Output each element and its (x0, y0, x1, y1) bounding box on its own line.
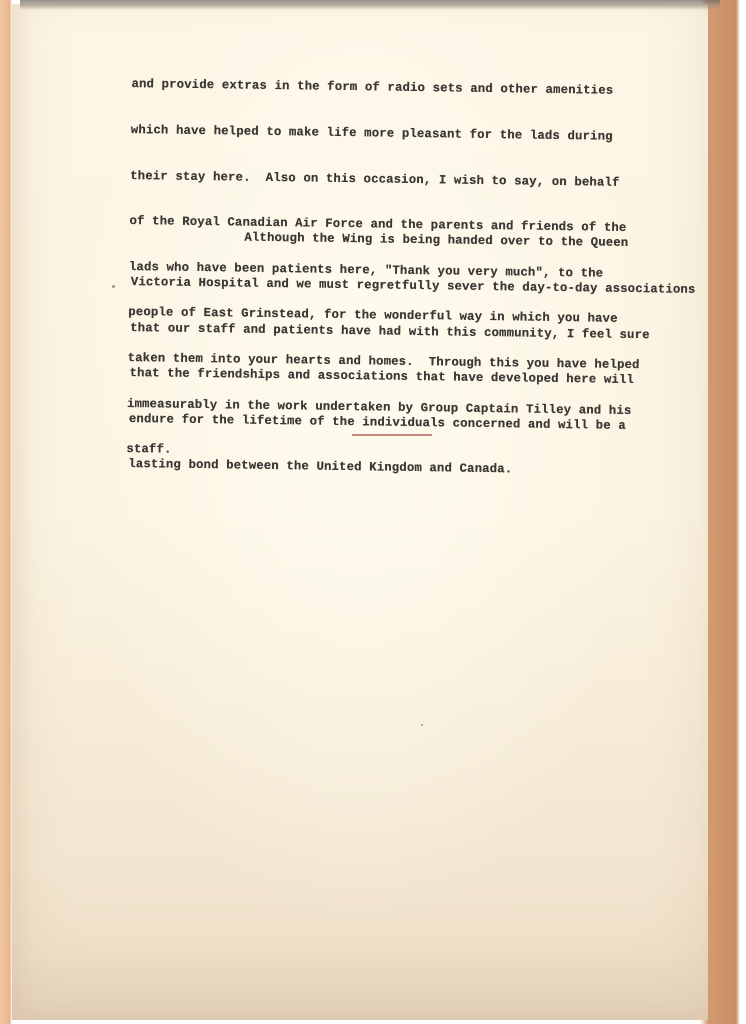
text-line: Victoria Hospital and we must regretfull… (131, 275, 701, 298)
text-line: that the friendships and associations th… (129, 366, 699, 389)
text-line: lasting bond between the United Kingdom … (128, 457, 698, 480)
text-line: which have helped to make life more plea… (131, 123, 701, 146)
paragraph-2: Although the Wing is being handed over t… (128, 199, 702, 496)
text-line: and provide extras in the form of radio … (131, 77, 701, 100)
text-line: Although the Wing is being handed over t… (131, 229, 701, 252)
text-line: that our staff and patients have had wit… (130, 321, 700, 344)
ink-speck (112, 285, 115, 288)
text-line: endure for the lifetime of the individua… (129, 412, 699, 435)
end-rule-divider (352, 434, 432, 436)
ink-speck (421, 724, 423, 726)
text-line: their stay here. Also on this occasion, … (130, 169, 700, 192)
page-top-shadow (20, 0, 720, 10)
